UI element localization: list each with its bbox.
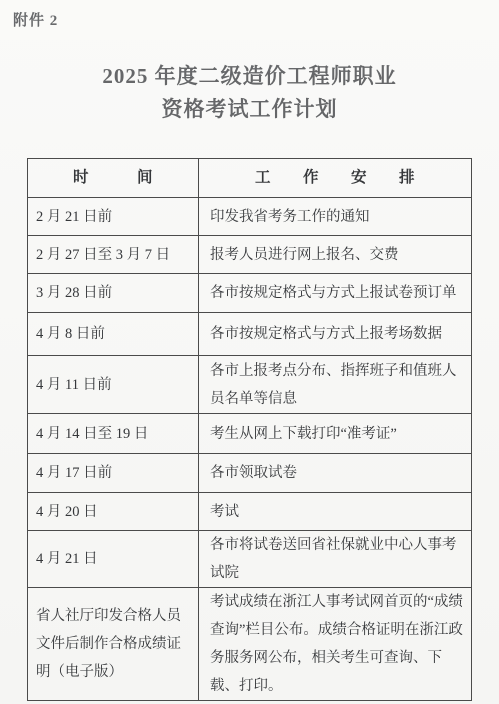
time-cell: 4 月 14 日至 19 日 — [28, 414, 199, 454]
document-title: 2025 年度二级造价工程师职业 资格考试工作计划 — [0, 60, 499, 126]
time-cell: 4 月 11 日前 — [28, 356, 199, 414]
work-cell: 印发我省考务工作的通知 — [199, 198, 472, 236]
table-row: 4 月 8 日前 各市按规定格式与方式上报考场数据 — [28, 313, 472, 356]
table-row: 4 月 14 日至 19 日 考生从网上下载打印“准考证” — [28, 414, 472, 454]
header-time: 时 间 — [28, 159, 199, 198]
time-cell: 3 月 28 日前 — [28, 274, 199, 313]
work-cell: 考试成绩在浙江人事考试网首页的“成绩查询”栏目公布。成绩合格证明在浙江政务服务网… — [199, 588, 472, 701]
schedule-table: 时 间 工 作 安 排 2 月 21 日前 印发我省考务工作的通知 2 月 27… — [27, 158, 472, 701]
document-title-line1: 2025 年度二级造价工程师职业 — [0, 60, 499, 93]
work-cell: 各市按规定格式与方式上报考场数据 — [199, 313, 472, 356]
work-cell: 考试 — [199, 493, 472, 531]
work-cell: 各市将试卷送回省社保就业中心人事考试院 — [199, 531, 472, 588]
work-cell: 各市按规定格式与方式上报试卷预订单 — [199, 274, 472, 313]
work-cell: 各市领取试卷 — [199, 454, 472, 493]
time-cell: 2 月 27 日至 3 月 7 日 — [28, 236, 199, 274]
table-row: 4 月 20 日 考试 — [28, 493, 472, 531]
work-cell: 考生从网上下载打印“准考证” — [199, 414, 472, 454]
table-header-row: 时 间 工 作 安 排 — [28, 159, 472, 198]
time-cell: 4 月 8 日前 — [28, 313, 199, 356]
time-cell: 4 月 20 日 — [28, 493, 199, 531]
time-cell: 2 月 21 日前 — [28, 198, 199, 236]
header-work: 工 作 安 排 — [199, 159, 472, 198]
time-cell: 省人社厅印发合格人员文件后制作合格成绩证明（电子版） — [28, 588, 199, 701]
table-row: 2 月 27 日至 3 月 7 日 报考人员进行网上报名、交费 — [28, 236, 472, 274]
attachment-label: 附件 2 — [13, 9, 58, 30]
time-cell: 4 月 17 日前 — [28, 454, 199, 493]
table-row: 省人社厅印发合格人员文件后制作合格成绩证明（电子版） 考试成绩在浙江人事考试网首… — [28, 588, 472, 701]
work-cell: 各市上报考点分布、指挥班子和值班人员名单等信息 — [199, 356, 472, 414]
document-title-line2: 资格考试工作计划 — [0, 93, 499, 126]
table-row: 3 月 28 日前 各市按规定格式与方式上报试卷预订单 — [28, 274, 472, 313]
work-cell: 报考人员进行网上报名、交费 — [199, 236, 472, 274]
table-row: 4 月 11 日前 各市上报考点分布、指挥班子和值班人员名单等信息 — [28, 356, 472, 414]
time-cell: 4 月 21 日 — [28, 531, 199, 588]
table-row: 4 月 17 日前 各市领取试卷 — [28, 454, 472, 493]
table-row: 2 月 21 日前 印发我省考务工作的通知 — [28, 198, 472, 236]
table-row: 4 月 21 日 各市将试卷送回省社保就业中心人事考试院 — [28, 531, 472, 588]
